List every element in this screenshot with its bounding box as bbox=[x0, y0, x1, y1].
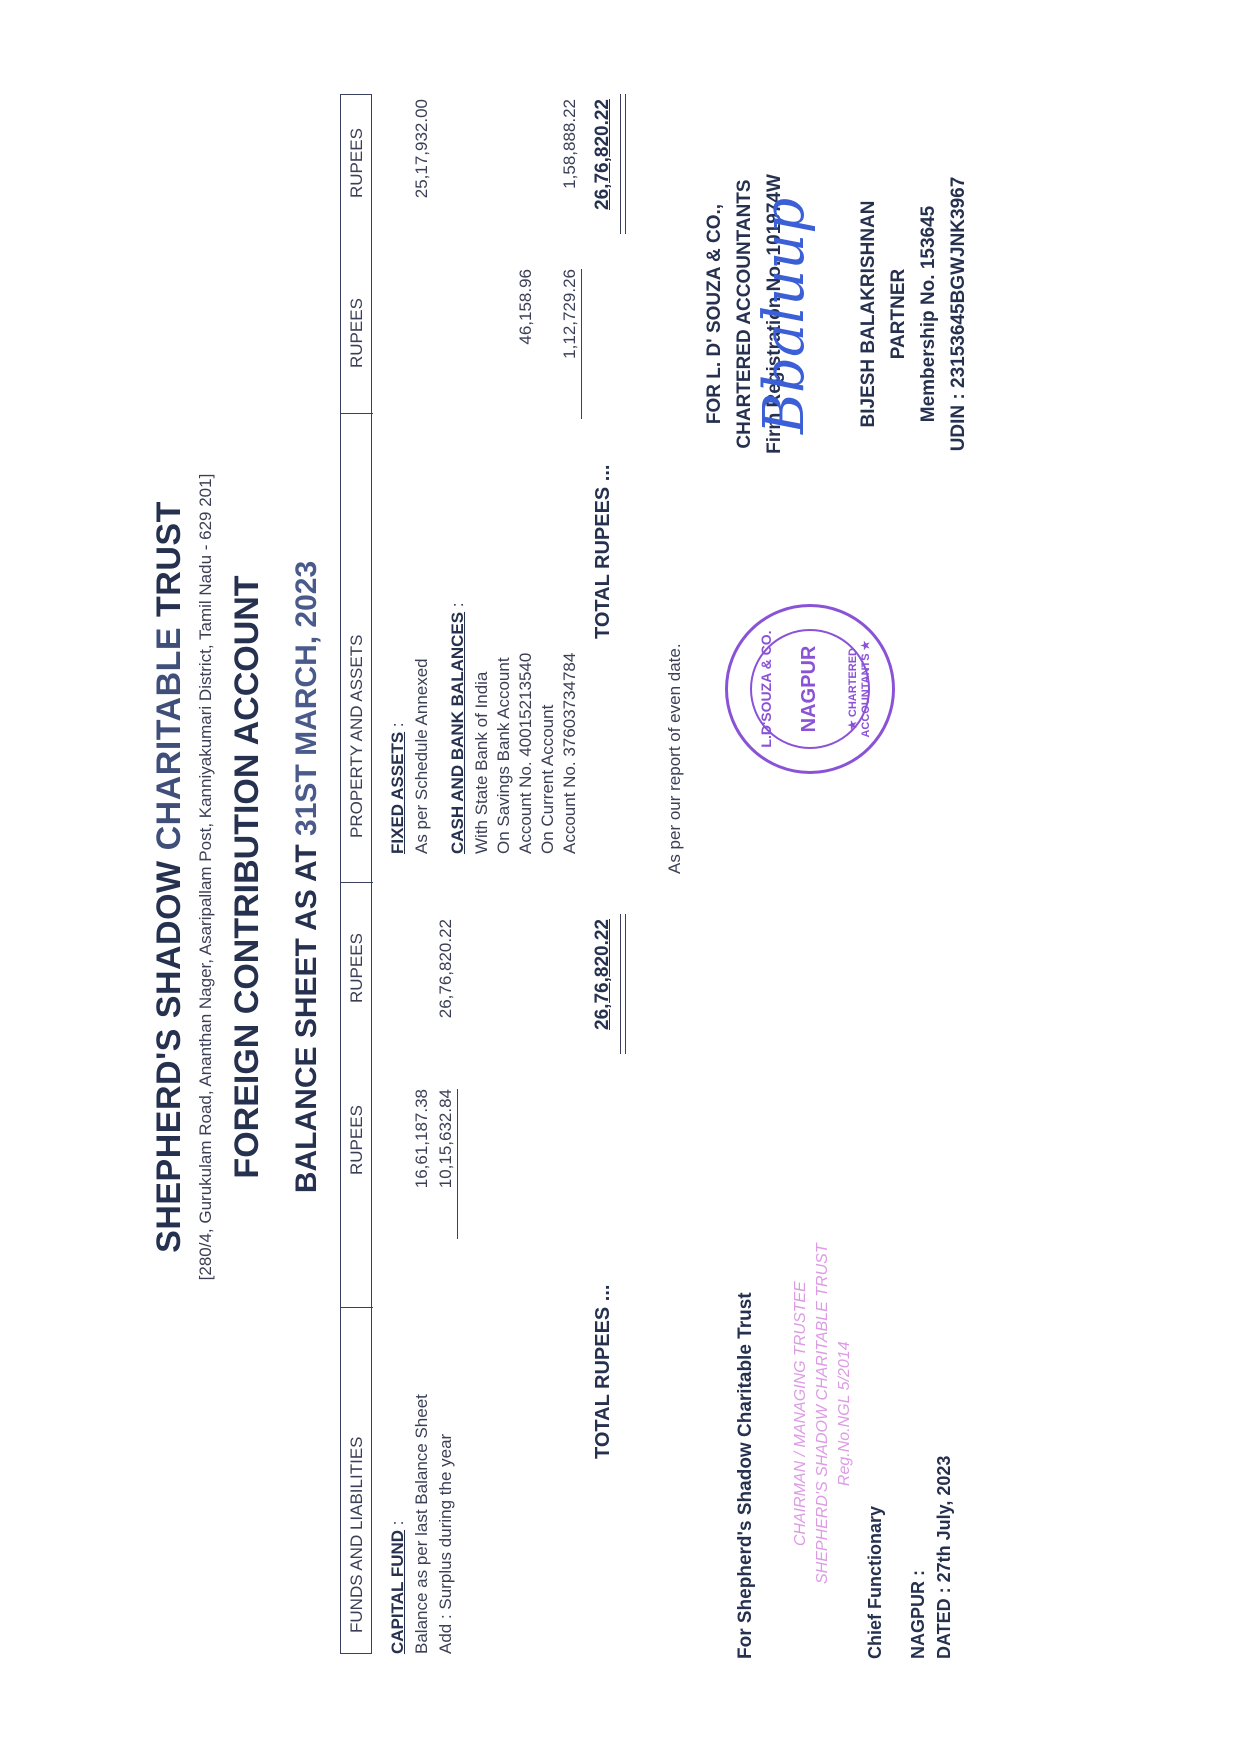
col-liabilities: FUNDS AND LIABILITIES bbox=[347, 1437, 367, 1634]
fixed-assets-amount: 25,17,932.00 bbox=[412, 99, 432, 249]
capital-fund-heading: CAPITAL FUND : bbox=[388, 1521, 408, 1654]
col-rupees-3: RUPEES bbox=[347, 298, 367, 368]
sheet-title-part1: BALANCE SHEET AS AT bbox=[290, 836, 323, 1193]
liability-subtotal: 26,76,820.22 bbox=[436, 919, 456, 1069]
cash-line: Account No. 40015213540 bbox=[516, 653, 536, 854]
fixed-assets-heading: FIXED ASSETS : bbox=[388, 722, 408, 854]
col-assets: PROPERTY AND ASSETS bbox=[347, 635, 367, 838]
partner-name: BIJESH BALAKRISHNAN bbox=[854, 104, 884, 524]
current-amount: 1,12,729.26 bbox=[560, 269, 582, 419]
seal-center: NAGPUR bbox=[798, 607, 821, 771]
liability-row-label: Balance as per last Balance Sheet bbox=[412, 1394, 432, 1654]
liability-row-amount: 16,61,187.38 bbox=[412, 1089, 432, 1239]
table-header: FUNDS AND LIABILITIES RUPEES RUPEES PROP… bbox=[340, 94, 372, 1654]
report-note: As per our report of even date. bbox=[665, 643, 685, 874]
auditor-seal-icon: L.D'SOUZA & CO. NAGPUR ★ CHARTERED ACCOU… bbox=[725, 604, 895, 774]
org-name-part1: SHEPHERD'S SHADOW bbox=[150, 850, 188, 1252]
place-date: NAGPUR : DATED : 27th July, 2023 bbox=[905, 1456, 957, 1659]
cash-line: With State Bank of India bbox=[472, 672, 492, 854]
cash-bank-heading: CASH AND BANK BALANCES : bbox=[448, 602, 468, 854]
savings-amount: 46,158.96 bbox=[516, 269, 536, 419]
partner-role: PARTNER bbox=[884, 104, 914, 524]
stamp-line: Reg.No.NGL 5/2014 bbox=[834, 1243, 856, 1584]
seal-ring-top: L.D'SOUZA & CO. bbox=[758, 607, 774, 771]
liabilities-total: 26,76,820.22 bbox=[592, 919, 614, 1069]
stamp-line: SHEPHERD'S SHADOW CHARITABLE TRUST bbox=[812, 1243, 834, 1584]
seal-ring-bottom: ★ CHARTERED ACCOUNTANTS ★ bbox=[846, 607, 872, 771]
trustee-stamp: CHAIRMAN / MANAGING TRUSTEE SHEPHERD'S S… bbox=[790, 1243, 856, 1584]
col-rupees-2: RUPEES bbox=[347, 933, 367, 1003]
dated: DATED : 27th July, 2023 bbox=[931, 1456, 957, 1659]
divider bbox=[341, 882, 373, 883]
udin: UDIN : 23153645BGWJNK3967 bbox=[944, 104, 974, 524]
org-name: SHEPHERD'S SHADOW CHARITABLE TRUST bbox=[150, 0, 189, 1754]
cash-subtotal: 1,58,888.22 bbox=[560, 99, 580, 249]
balance-sheet-table: FUNDS AND LIABILITIES RUPEES RUPEES PROP… bbox=[340, 94, 680, 1654]
stamp-line: CHAIRMAN / MANAGING TRUSTEE bbox=[790, 1243, 812, 1584]
assets-total: 26,76,820.22 bbox=[592, 99, 614, 249]
liability-row-label: Add : Surplus during the year bbox=[436, 1434, 456, 1654]
cash-line: On Current Account bbox=[538, 705, 558, 854]
signature-icon: Bbaluup bbox=[770, 198, 800, 434]
place: NAGPUR : bbox=[905, 1456, 931, 1659]
divider bbox=[341, 413, 373, 414]
org-name-part2: CHARITABLE bbox=[150, 627, 188, 850]
org-name-part3: TRUST bbox=[150, 501, 188, 627]
org-address: [280/4, Gurukulam Road, Ananthan Nager, … bbox=[196, 0, 216, 1754]
col-rupees-4: RUPEES bbox=[347, 128, 367, 198]
sheet-title-date: 31ST MARCH, 2023 bbox=[290, 561, 323, 836]
auditor-block: FOR L. D' SOUZA & CO., CHARTERED ACCOUNT… bbox=[700, 104, 974, 524]
fixed-assets-label: As per Schedule Annexed bbox=[412, 658, 432, 854]
auditor-firm: FOR L. D' SOUZA & CO., bbox=[700, 104, 730, 524]
assets-total-label: TOTAL RUPEES ... bbox=[592, 465, 615, 639]
balance-sheet-page: SHEPHERD'S SHADOW CHARITABLE TRUST [280/… bbox=[0, 0, 1240, 1754]
double-underline bbox=[620, 914, 626, 1054]
col-rupees-1: RUPEES bbox=[347, 1105, 367, 1175]
sheet-title: BALANCE SHEET AS AT 31ST MARCH, 2023 bbox=[290, 0, 324, 1754]
chief-functionary-label: Chief Functionary bbox=[865, 1506, 886, 1659]
liability-row-amount: 10,15,632.84 bbox=[436, 1089, 458, 1239]
liabilities-total-label: TOTAL RUPEES ... bbox=[592, 1285, 615, 1459]
account-title: FOREIGN CONTRIBUTION ACCOUNT bbox=[228, 0, 267, 1754]
cash-line: On Savings Bank Account bbox=[494, 657, 514, 854]
membership-no: Membership No. 153645 bbox=[914, 104, 944, 524]
cash-line: Account No. 37603734784 bbox=[560, 653, 580, 854]
divider bbox=[341, 1307, 373, 1308]
trust-sign-label: For Shepherd's Shadow Charitable Trust bbox=[735, 1292, 757, 1659]
double-underline bbox=[620, 94, 626, 234]
